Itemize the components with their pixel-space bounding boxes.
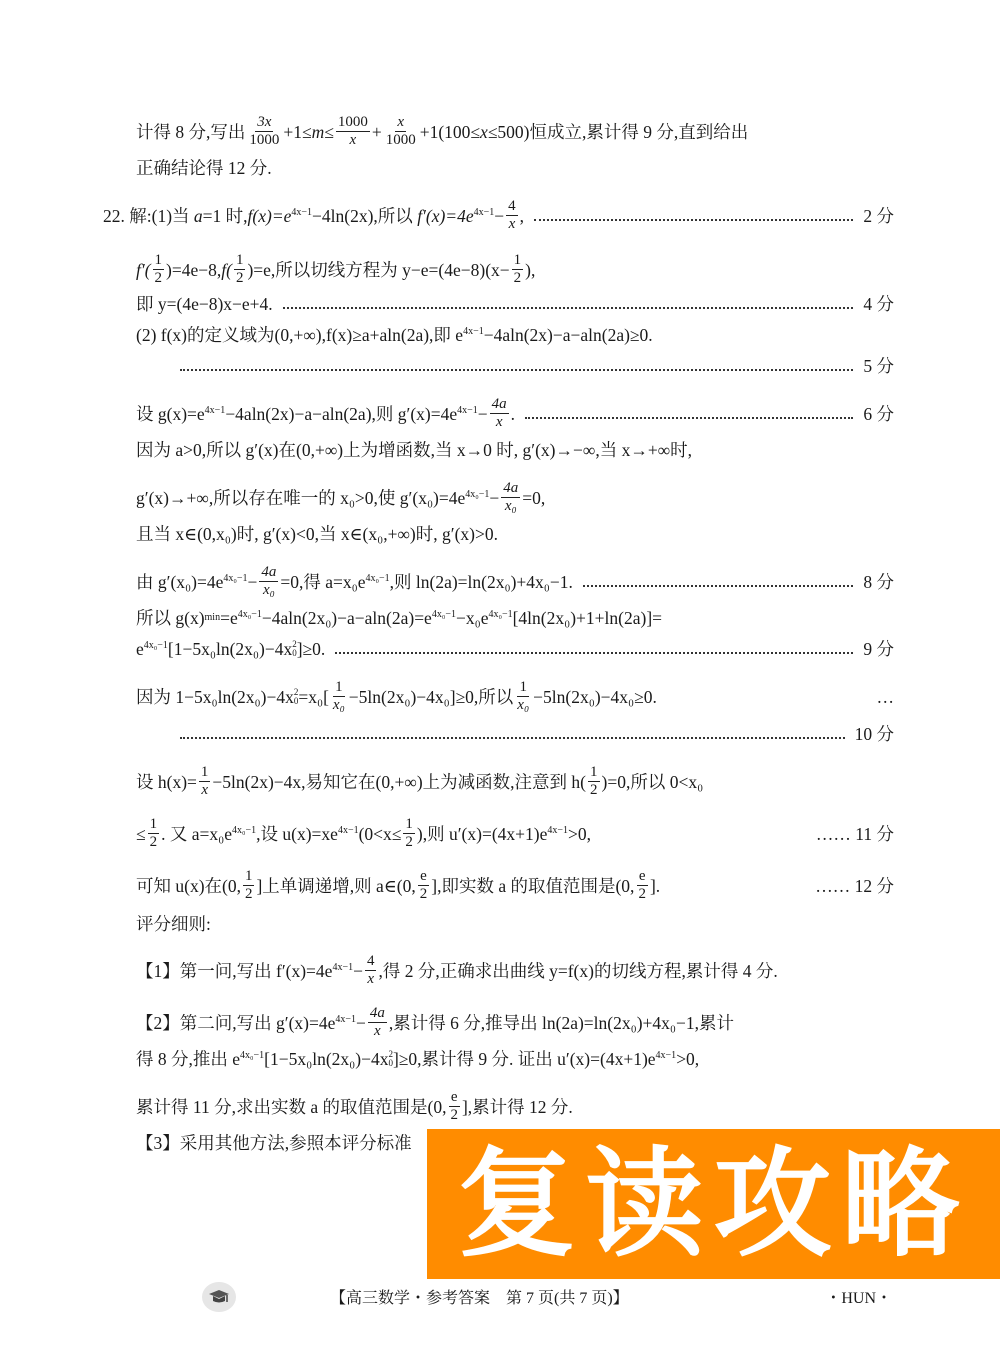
fraction: 12	[243, 868, 255, 903]
text-line: 累计得 11 分,求出实数 a 的取值范围是(0, e2],累计得 12 分.	[136, 1089, 894, 1124]
text: =e	[220, 606, 238, 630]
dot-leader	[180, 737, 845, 739]
text: =x₀[	[298, 685, 329, 709]
text: 由 g′(x₀)=4e	[136, 570, 223, 594]
fraction: 1x₀	[515, 679, 531, 714]
text-line: 所以 g(x)min=e4x₀−1−4aln(2x₀)−a−aln(2a)=e4…	[136, 606, 894, 630]
text: 因为 a>0,所以 g′(x)在(0,+∞)上为增函数,当 x→0 时, g′(…	[136, 438, 692, 462]
text: −5ln(2x)−4x,易知它在(0,+∞)上为减函数,注意到 h(	[212, 770, 586, 794]
fraction: 4ax₀	[259, 564, 278, 599]
text: −	[356, 1011, 366, 1035]
text: −	[494, 204, 504, 228]
text: [1−5x₀ln(2x₀)−4x	[264, 1047, 388, 1071]
text: −	[478, 402, 488, 426]
text: ]上单调递增,则 a∈(0,	[256, 874, 415, 898]
text: =0,得 a=x₀e	[280, 570, 365, 594]
footer-region-code: ・HUN・	[825, 1285, 892, 1308]
text: 即 y=(4e−8)x−e+4.	[136, 292, 273, 316]
text: 正确结论得 12 分.	[136, 156, 272, 180]
score-label: 4 分	[863, 292, 894, 316]
dot-leader	[180, 369, 853, 371]
fraction: 4x	[365, 953, 377, 988]
fraction: 4ax	[490, 396, 509, 431]
text-line: 10 分	[180, 722, 894, 746]
text: 【3】采用其他方法,参照本评分标准	[136, 1131, 412, 1155]
text-line: 由 g′(x₀)=4e4x₀−1− 4ax₀=0,得 a=x₀e4x₀−1,则 …	[136, 564, 894, 599]
section-heading: 评分细则:	[136, 912, 894, 936]
fraction: 12	[234, 252, 246, 287]
score-label: …… 11 分	[816, 822, 894, 846]
rubric-item-1: 【1】第一问,写出 f′(x)=4e4x−1− 4x,得 2 分,正确求出曲线 …	[136, 953, 894, 988]
text: )=e,所以切线方程为	[247, 258, 397, 282]
text: +1≤	[283, 120, 311, 144]
text: 累计得 11 分,求出实数 a 的取值范围是(0,	[136, 1095, 446, 1119]
text: 因为 1−5x₀ln(2x₀)−4x	[136, 685, 294, 709]
text-line: e4x₀−1[1−5x₀ln(2x₀)−4x20]≥0. 9 分	[136, 637, 894, 661]
text-line: 设 g(x)=e4x−1−4aln(2x)−a−aln(2a),则 g′(x)=…	[136, 396, 894, 431]
text: ],即实数 a 的取值范围是(0,	[431, 874, 634, 898]
text: 评分细则:	[136, 912, 211, 936]
text: +1(100≤	[420, 120, 480, 144]
text: f′(	[136, 258, 151, 282]
fraction: 12	[148, 816, 160, 851]
text: =0,	[522, 486, 545, 510]
text: >0,	[568, 822, 591, 846]
text: −5ln(2x₀)−4x₀]≥0,所以	[349, 685, 514, 709]
text: e	[136, 637, 144, 661]
dot-leader	[283, 307, 854, 309]
text-line: 且当 x∈(0,x₀)时, g′(x)<0,当 x∈(x₀,+∞)时, g′(x…	[136, 522, 894, 546]
footer-page-info: 【高三数学・参考答案 第 7 页(共 7 页)】	[330, 1285, 629, 1308]
fraction: x1000	[384, 114, 418, 149]
text: >0,	[676, 1047, 699, 1071]
text: −4ln(2x),所以	[312, 204, 413, 228]
fraction: 4x	[506, 198, 518, 233]
text-line: 5 分	[180, 354, 894, 378]
score-label: 6 分	[863, 402, 894, 426]
text: 【2】第二问,写出 g′(x)=4e	[136, 1011, 335, 1035]
text-line: (2) f(x)的定义域为(0,+∞),f(x)≥a+aln(2a),即 e4x…	[136, 323, 894, 347]
text: ≤	[136, 822, 146, 846]
text-line: 计得 8 分,写出 3x1000 +1≤m≤ 1000x + x1000 +1(…	[136, 114, 894, 149]
text: . 又 a=x₀e	[161, 822, 232, 846]
fraction: 3x1000	[247, 114, 281, 149]
fraction: 12	[403, 816, 415, 851]
text: ,累计得 6 分,推导出 ln(2a)=ln(2x₀)+4x₀−1,累计	[389, 1011, 734, 1035]
text: (0<x≤	[359, 822, 402, 846]
text: [4ln(2x₀)+1+ln(2a)]=	[513, 606, 662, 630]
text: …	[877, 685, 895, 709]
text: +	[372, 120, 382, 144]
text: −4aln(2x)−a−aln(2a),则 g′(x)=4e	[225, 402, 457, 426]
banner-text: 复读攻略	[457, 1145, 969, 1263]
text: ),	[525, 258, 535, 282]
text: )=0,所以 0<x₀	[602, 770, 704, 794]
text-line: 即 y=(4e−8)x−e+4. 4 分	[136, 292, 894, 316]
text: ,	[520, 204, 524, 228]
score-label: …… 12 分	[815, 874, 894, 898]
text: ≤500)恒成立,累计得 9 分,直到给出	[488, 120, 748, 144]
text-line: ≤ 12. 又 a=x₀e4x₀−1,设 u(x)=xe4x−1(0<x≤ 12…	[136, 816, 894, 851]
text-line: 可知 u(x)在(0, 12]上单调递增,则 a∈(0, e2],即实数 a 的…	[136, 868, 894, 903]
text: 可知 u(x)在(0,	[136, 874, 241, 898]
text: −	[489, 486, 499, 510]
fraction: 1000x	[336, 114, 370, 149]
fraction: e2	[448, 1089, 460, 1124]
text: ),则 u′(x)=(4x+1)e	[417, 822, 547, 846]
text: −x₀e	[456, 606, 489, 630]
text-line: 因为 a>0,所以 g′(x)在(0,+∞)上为增函数,当 x→0 时, g′(…	[136, 438, 894, 462]
fraction: 1x	[199, 764, 211, 799]
text: ]≥0.	[297, 637, 326, 661]
text: 22. 解:(1)当	[103, 204, 190, 228]
text: a	[194, 204, 203, 228]
text-line: 设 h(x)= 1x−5ln(2x)−4x,易知它在(0,+∞)上为减函数,注意…	[136, 764, 894, 799]
fraction: e2	[418, 868, 430, 903]
text-line: 22. 解:(1)当 a=1 时, f(x)=e4x−1−4ln(2x),所以 …	[103, 198, 894, 233]
text: 设 h(x)=	[136, 770, 197, 794]
text: ,则 ln(2a)=ln(2x₀)+4x₀−1.	[390, 570, 573, 594]
text: ≤	[324, 120, 334, 144]
text: −4aln(2x₀)−a−aln(2a)=e	[262, 606, 432, 630]
text: ],累计得 12 分.	[462, 1095, 573, 1119]
text: f(	[221, 258, 232, 282]
text: ,得 2 分,正确求出曲线 y=f(x)的切线方程,累计得 4 分.	[378, 959, 777, 983]
watermark-banner: 复读攻略	[427, 1129, 1000, 1279]
text-line: g′(x)→+∞,所以存在唯一的 x₀>0,使 g′(x₀)=4e4x₀−1− …	[136, 480, 894, 515]
text: ]≥0,累计得 9 分. 证出 u′(x)=(4x+1)e	[393, 1047, 656, 1071]
answer-page: 计得 8 分,写出 3x1000 +1≤m≤ 1000x + x1000 +1(…	[0, 0, 1000, 1369]
text: −5ln(2x₀)−4x₀≥0.	[533, 685, 657, 709]
fraction: 4ax	[368, 1005, 387, 1040]
text: −	[248, 570, 258, 594]
text: ].	[650, 874, 660, 898]
text: −	[353, 959, 363, 983]
dot-leader	[335, 652, 853, 654]
dot-leader	[525, 417, 853, 419]
text: f(x)的定义域为(0,+∞),	[161, 323, 326, 347]
score-label: 2 分	[863, 204, 894, 228]
score-label: 5 分	[863, 354, 894, 378]
score-label: 8 分	[863, 570, 894, 594]
fraction: 12	[588, 764, 600, 799]
text: −4aln(2x)−a−aln(2a)≥0.	[484, 323, 653, 347]
text: )=4e−8,	[166, 258, 221, 282]
text: [1−5x₀ln(2x₀)−4x	[168, 637, 292, 661]
fraction: 12	[153, 252, 165, 287]
text: f(x)=e	[248, 204, 292, 228]
text: y−e=(4e−8)(x−	[402, 258, 510, 282]
graduation-cap-icon	[202, 1282, 236, 1312]
text: g′(x)→+∞,所以存在唯一的 x₀>0,使 g′(x₀)=4e	[136, 486, 465, 510]
dot-leader	[583, 585, 853, 587]
text: 得 8 分,推出 e	[136, 1047, 240, 1071]
text: f(x)≥a+aln(2a),即 e	[326, 323, 463, 347]
score-label: 9 分	[863, 637, 894, 661]
text: .	[511, 402, 515, 426]
rubric-item-2: 【2】第二问,写出 g′(x)=4e4x−1− 4ax,累计得 6 分,推导出 …	[136, 1005, 894, 1040]
text-line: 得 8 分,推出 e4x₀−1[1−5x₀ln(2x₀)−4x20]≥0,累计得…	[136, 1047, 894, 1071]
text: 计得 8 分,写出	[136, 120, 245, 144]
text: m	[312, 120, 325, 144]
text-line: f′( 12 )=4e−8,f( 12 )=e,所以切线方程为 y−e=(4e−…	[136, 252, 894, 287]
text: =1 时,	[203, 204, 248, 228]
text-line: 因为 1−5x₀ln(2x₀)−4x20=x₀[ 1x₀−5ln(2x₀)−4x…	[136, 679, 894, 714]
fraction: 12	[512, 252, 524, 287]
text: ,设 u(x)=xe	[256, 822, 338, 846]
fraction: 4ax₀	[501, 480, 520, 515]
dot-leader	[534, 219, 853, 221]
text: (2)	[136, 323, 156, 347]
page-footer: 【高三数学・参考答案 第 7 页(共 7 页)】 ・HUN・	[0, 1282, 1000, 1308]
fraction: e2	[636, 868, 648, 903]
text: 设 g(x)=e	[136, 402, 205, 426]
text: 【1】第一问,写出 f′(x)=4e	[136, 959, 332, 983]
text: 且当 x∈(0,x₀)时, g′(x)<0,当 x∈(x₀,+∞)时, g′(x…	[136, 522, 498, 546]
text: 所以 g(x)	[136, 606, 205, 630]
fraction: 1x₀	[331, 679, 347, 714]
text-line: 正确结论得 12 分.	[136, 156, 894, 180]
text: x	[480, 120, 488, 144]
score-label: 10 分	[855, 722, 894, 746]
text: f′(x)=4e	[417, 204, 473, 228]
